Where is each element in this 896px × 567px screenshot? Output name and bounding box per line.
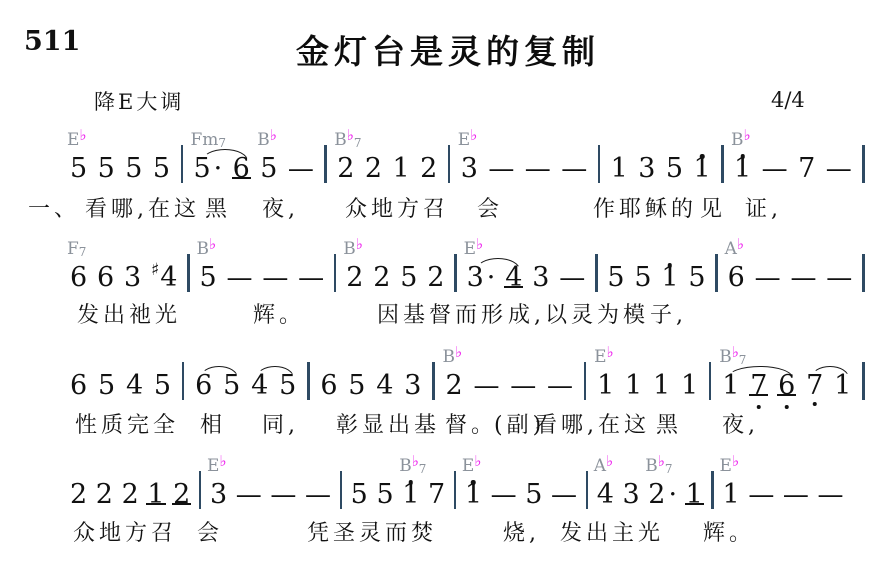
hold-dash: —	[559, 255, 585, 291]
note-token: 5	[154, 363, 171, 399]
note-glyphs: 1	[465, 481, 482, 508]
note-glyphs: 5	[351, 481, 368, 508]
chord-label: A♭	[725, 241, 744, 258]
lyric-segment: 看哪,在这	[85, 192, 200, 223]
note-token: 5	[125, 146, 142, 182]
flat-sign: ♭	[356, 235, 363, 253]
note-number: 1	[625, 372, 642, 399]
hold-dash: —	[305, 472, 331, 508]
chord-text: B	[257, 130, 270, 150]
note-number: 7	[798, 155, 815, 182]
hold-dash: —	[748, 472, 774, 508]
note-token: E♭1	[465, 472, 482, 508]
flat-sign: ♭	[732, 343, 739, 361]
note-token: 5	[351, 472, 368, 508]
note-number: 6	[728, 264, 745, 291]
barline	[711, 471, 714, 509]
flat-sign: ♭	[347, 126, 354, 144]
lyric-segment: 证,	[745, 192, 782, 223]
chord-text: E	[594, 347, 606, 367]
lyric-segment: 子,	[650, 298, 687, 329]
note-glyphs: 2	[122, 481, 139, 508]
note-token: 2	[173, 472, 190, 508]
lyric-segment: 辉。	[703, 516, 755, 547]
note-number: 2	[173, 481, 190, 508]
chord-label: B♭	[343, 241, 363, 258]
note-glyphs: 5	[666, 155, 683, 182]
note-glyphs: 3	[638, 155, 655, 182]
note-number: 7	[428, 481, 445, 508]
note-token: B♭72	[337, 146, 354, 182]
chord-text: B	[399, 456, 412, 476]
chord-label: B♭	[257, 132, 277, 149]
note-token: E♭1	[597, 363, 614, 399]
note-number: 5	[200, 264, 217, 291]
note-glyphs: 2	[346, 264, 363, 291]
hold-dash: —	[288, 146, 314, 182]
octave-dot-high	[471, 480, 476, 485]
lyric-segment: 夜,	[262, 192, 299, 223]
note-token: 6	[320, 363, 337, 399]
hold-dash: —	[547, 363, 573, 399]
barline	[182, 362, 185, 400]
note-number: 5	[98, 372, 115, 399]
note-token: 1	[147, 472, 164, 508]
note-token: B♭2	[445, 363, 462, 399]
lyric-segment: 烧,	[503, 516, 540, 547]
note-number: 4	[160, 264, 177, 291]
note-token: 5	[634, 255, 651, 291]
note-token: 6	[97, 255, 114, 291]
chord-label: B♭7	[645, 458, 672, 475]
note-token: 1	[686, 472, 703, 508]
note-glyphs: 2	[96, 481, 113, 508]
lyric-segment: 彰显出基	[336, 408, 440, 439]
chord-text: B	[645, 456, 658, 476]
note-number: 4	[126, 372, 143, 399]
lyric-segment: 督。	[445, 408, 497, 439]
note-glyphs: 6	[70, 372, 87, 399]
note-number: 5	[351, 481, 368, 508]
note-token: 7	[798, 146, 815, 182]
note-number: 1	[661, 264, 678, 291]
lyric-line: 众地方召会凭圣灵而焚烧,发出主光辉。	[0, 516, 896, 546]
note-token: 2	[373, 255, 390, 291]
note-token: 1	[661, 255, 678, 291]
score-area: E♭5555Fm75·6B♭5—B♭72212E♭3———1351B♭1—7—F…	[0, 0, 896, 567]
hold-dash: —	[298, 255, 324, 291]
note-glyphs: 5	[153, 155, 170, 182]
note-number: 2	[337, 155, 354, 182]
chord-text: Fm	[190, 130, 218, 150]
note-number: 2	[365, 155, 382, 182]
note-number: 5	[688, 264, 705, 291]
note-glyphs: 1	[402, 481, 419, 508]
chord-label: E♭	[458, 132, 478, 149]
octave-dot-high	[409, 480, 414, 485]
note-number: 6	[70, 264, 87, 291]
flat-sign: ♭	[474, 452, 481, 470]
note-glyphs: 2	[427, 264, 444, 291]
lyric-segment: 作耶稣的	[593, 192, 697, 223]
lyric-segment: 黑	[205, 192, 231, 223]
lyric-segment: 因基督而形	[377, 298, 507, 329]
note-number: 2	[346, 264, 363, 291]
barline	[307, 362, 310, 400]
music-line: E♭5555Fm75·6B♭5—B♭72212E♭3———1351B♭1—7—	[70, 124, 865, 182]
chord-label: E♭	[464, 241, 484, 258]
note-number: 2	[420, 155, 437, 182]
note-number: 5	[98, 155, 115, 182]
note-glyphs: 2	[337, 155, 354, 182]
chord-text: B	[334, 130, 347, 150]
hold-dash: —	[826, 146, 852, 182]
note-token: B♭72·	[648, 472, 677, 508]
flat-sign: ♭	[455, 343, 462, 361]
barline	[721, 145, 724, 183]
note-number: 3	[532, 264, 549, 291]
note-number: 1	[734, 155, 751, 182]
chord-label: E♭	[594, 349, 614, 366]
chord-text: F	[67, 239, 79, 259]
octave-dot-low	[812, 402, 817, 407]
note-glyphs: 2	[70, 481, 87, 508]
hold-dash: —	[262, 255, 288, 291]
chord-text: B	[731, 130, 744, 150]
hold-dash: —	[551, 472, 577, 508]
hold-dash: —	[488, 146, 514, 182]
note-glyphs: 5	[348, 372, 365, 399]
barline	[324, 145, 327, 183]
note-token: E♭5	[70, 146, 87, 182]
barline	[181, 145, 184, 183]
chord-label: E♭	[720, 458, 740, 475]
barline	[432, 362, 435, 400]
note-glyphs: ♯4	[151, 262, 177, 291]
note-glyphs: 5	[200, 264, 217, 291]
note-number: 1	[465, 481, 482, 508]
chord-label: F7	[67, 241, 86, 258]
note-glyphs: 1	[597, 372, 614, 399]
flat-sign: ♭	[79, 126, 86, 144]
hymn-sheet-page: 511 金灯台是灵的复制 降E大调 4/4 E♭5555Fm75·6B♭5—B♭…	[0, 0, 896, 567]
note-number: 1	[147, 481, 164, 508]
note-number: 1	[681, 372, 698, 399]
chord-label: B♭	[442, 349, 462, 366]
note-number: 3	[623, 481, 640, 508]
note-number: 2	[648, 481, 665, 508]
note-glyphs: 1	[611, 155, 628, 182]
note-glyphs: 7	[798, 155, 815, 182]
hold-dash: —	[790, 255, 816, 291]
note-glyphs: 5	[376, 481, 393, 508]
lyric-segment: 见	[700, 192, 726, 223]
note-token: 3	[623, 472, 640, 508]
note-glyphs: 5	[400, 264, 417, 291]
note-glyphs: 6	[320, 372, 337, 399]
lyric-segment: 看哪,在这	[535, 408, 650, 439]
note-glyphs: 1	[686, 481, 703, 508]
lyric-segment: 辉。	[253, 298, 305, 329]
note-number: 3	[638, 155, 655, 182]
note-number: 2	[373, 264, 390, 291]
barline	[199, 471, 202, 509]
chord-text: E	[720, 456, 732, 476]
flat-sign: ♭	[737, 235, 744, 253]
note-glyphs: 1	[734, 155, 751, 182]
note-glyphs: 1	[625, 372, 642, 399]
note-token: 3	[638, 146, 655, 182]
note-number: 5	[607, 264, 624, 291]
flat-sign: ♭	[470, 126, 477, 144]
note-token: 1	[625, 363, 642, 399]
chord-label: B♭7	[719, 349, 746, 366]
note-glyphs: 5	[525, 481, 542, 508]
note-token: 1	[393, 146, 410, 182]
note-number: 1	[693, 155, 710, 182]
lyric-segment: 同,	[262, 408, 299, 439]
chord-label: E♭	[462, 458, 482, 475]
note-glyphs: 5	[634, 264, 651, 291]
note-glyphs: 5	[125, 155, 142, 182]
note-token: 5	[98, 146, 115, 182]
barline	[454, 471, 457, 509]
note-token: 3	[532, 255, 549, 291]
note-token: 5	[607, 255, 624, 291]
note-glyphs: 6	[70, 264, 87, 291]
chord-label: A♭	[594, 458, 613, 475]
note-number: 5	[125, 155, 142, 182]
note-token: 2	[122, 472, 139, 508]
note-token: 1	[693, 146, 710, 182]
note-token: 5	[400, 255, 417, 291]
flat-sign: ♭	[209, 235, 216, 253]
chord-text: 7	[665, 462, 673, 476]
barline	[448, 145, 451, 183]
note-glyphs: 2	[173, 481, 190, 508]
chord-text: E	[462, 456, 474, 476]
hold-dash: —	[236, 472, 262, 508]
chord-text: 7	[79, 245, 87, 259]
barline	[584, 362, 587, 400]
note-number: 5	[348, 372, 365, 399]
note-token: F76	[70, 255, 87, 291]
chord-label: B♭	[197, 241, 217, 258]
note-number: 1	[393, 155, 410, 182]
note-number: 5	[376, 481, 393, 508]
note-glyphs: 3	[461, 155, 478, 182]
note-number: 5	[70, 155, 87, 182]
note-token: 1	[611, 146, 628, 182]
lyric-segment: 众地方召	[345, 192, 449, 223]
note-number: 5	[400, 264, 417, 291]
note-glyphs: 5	[607, 264, 624, 291]
flat-sign: ♭	[476, 235, 483, 253]
note-token: 6	[70, 363, 87, 399]
chord-label: B♭	[731, 132, 751, 149]
chord-text: E	[464, 239, 476, 259]
note-glyphs: 1	[693, 155, 710, 182]
hold-dash: —	[270, 472, 296, 508]
note-number: 1	[723, 481, 740, 508]
music-line: F7663♯4B♭5———B♭2252E♭3·43—5515A♭6———	[70, 233, 865, 291]
note-number: 6	[320, 372, 337, 399]
barline	[586, 471, 589, 509]
note-number: 4	[597, 481, 614, 508]
lyric-segment: 夜,	[722, 408, 759, 439]
note-glyphs: 5	[98, 372, 115, 399]
lyric-segment: 相	[200, 408, 226, 439]
note-token: 5	[98, 363, 115, 399]
note-number: 2	[427, 264, 444, 291]
note-number: 5	[260, 155, 277, 182]
lyric-line: 发出祂光辉。因基督而形成,以灵为模子,	[0, 298, 896, 328]
chord-text: E	[67, 130, 79, 150]
note-number: 3	[404, 372, 421, 399]
note-number: 5	[154, 372, 171, 399]
lyric-segment: 以灵为模	[545, 298, 649, 329]
note-token: E♭3	[461, 146, 478, 182]
barline	[598, 145, 601, 183]
note-glyphs: 5	[70, 155, 87, 182]
note-token: 1	[681, 363, 698, 399]
chord-text: 7	[218, 136, 226, 150]
flat-sign: ♭	[606, 452, 613, 470]
note-number: 5	[666, 155, 683, 182]
note-token: 2	[427, 255, 444, 291]
note-token: E♭3	[210, 472, 227, 508]
note-token: 7	[428, 472, 445, 508]
note-glyphs: 1	[653, 372, 670, 399]
chord-text: B	[343, 239, 356, 259]
note-glyphs: 2	[445, 372, 462, 399]
chord-label: B♭7	[399, 458, 426, 475]
note-token: 3	[124, 255, 141, 291]
chord-text: 7	[354, 136, 362, 150]
note-token: 2	[96, 472, 113, 508]
note-glyphs: 2	[420, 155, 437, 182]
flat-sign: ♭	[744, 126, 751, 144]
barline	[334, 254, 337, 292]
flat-sign: ♭	[412, 452, 419, 470]
note-glyphs: 3	[532, 264, 549, 291]
note-glyphs: 1	[393, 155, 410, 182]
barline	[454, 254, 457, 292]
note-glyphs: 3	[623, 481, 640, 508]
note-glyphs: 1	[661, 264, 678, 291]
note-token: 5	[688, 255, 705, 291]
flat-sign: ♭	[732, 452, 739, 470]
note-token: 5	[376, 472, 393, 508]
note-token: ♯4	[151, 255, 177, 291]
note-glyphs: 5	[688, 264, 705, 291]
note-number: 2	[70, 481, 87, 508]
note-number: 1	[611, 155, 628, 182]
hold-dash: —	[755, 255, 781, 291]
note-number: 1	[402, 481, 419, 508]
note-glyphs: 1	[681, 372, 698, 399]
lyric-segment: 黑	[656, 408, 682, 439]
hold-dash: —	[510, 363, 536, 399]
lyric-line: 性质完全相同,彰显出基督。(副)看哪,在这黑夜,	[0, 408, 896, 438]
note-number: 6	[70, 372, 87, 399]
hold-dash: —	[826, 255, 852, 291]
barline	[340, 471, 343, 509]
note-token: 5	[348, 363, 365, 399]
note-token: 3	[404, 363, 421, 399]
note-number: 5	[525, 481, 542, 508]
chord-label: B♭7	[334, 132, 361, 149]
chord-text: E	[207, 456, 219, 476]
note-number: 3	[124, 264, 141, 291]
note-glyphs: 3	[124, 264, 141, 291]
barline	[715, 254, 718, 292]
lyric-segment: 众地方召	[73, 516, 177, 547]
note-token: 2	[365, 146, 382, 182]
octave-dot-high	[668, 263, 673, 268]
note-token: A♭6	[728, 255, 745, 291]
note-glyphs: 5	[260, 155, 277, 182]
chord-text: A	[725, 239, 737, 259]
note-number: 4	[376, 372, 393, 399]
note-token: 5	[666, 146, 683, 182]
octave-dot-high	[700, 154, 705, 159]
note-token: 2	[70, 472, 87, 508]
note-glyphs: 7	[428, 481, 445, 508]
note-number: 2	[96, 481, 113, 508]
lyric-segment: 发出祂光	[77, 298, 181, 329]
barline	[709, 362, 712, 400]
lyric-segment: 凭圣灵而焚	[307, 516, 437, 547]
hold-dash: —	[762, 146, 788, 182]
note-token: B♭1	[734, 146, 751, 182]
lyric-segment: 会	[197, 516, 223, 547]
barline	[595, 254, 598, 292]
barline	[862, 254, 865, 292]
music-line: 654565456543B♭2———E♭1111B♭717671	[70, 341, 865, 399]
note-token: 5	[525, 472, 542, 508]
lyric-segment: 会	[477, 192, 503, 223]
note-glyphs: 6	[728, 264, 745, 291]
note-glyphs: 4	[126, 372, 143, 399]
barline	[187, 254, 190, 292]
note-number: 3	[461, 155, 478, 182]
augmentation-dot: ·	[668, 481, 677, 508]
note-token: A♭4	[597, 472, 614, 508]
chord-text: B	[197, 239, 210, 259]
note-glyphs: 2·	[648, 481, 677, 508]
note-token: 5	[153, 146, 170, 182]
lyric-segment: 一、	[28, 192, 80, 223]
music-line: 22212E♭3———55B♭717E♭1—5—A♭43B♭72·1E♭1———	[70, 450, 865, 508]
flat-sign: ♭	[219, 452, 226, 470]
note-token: E♭1	[723, 472, 740, 508]
note-glyphs: 2	[365, 155, 382, 182]
note-number: 1	[686, 481, 703, 508]
hold-dash: —	[491, 472, 517, 508]
chord-text: E	[458, 130, 470, 150]
note-token: 1	[653, 363, 670, 399]
hold-dash: —	[525, 146, 551, 182]
flat-sign: ♭	[270, 126, 277, 144]
note-glyphs: 3	[210, 481, 227, 508]
sharp-sign: ♯	[151, 262, 159, 279]
note-number: 5	[153, 155, 170, 182]
lyric-segment: 性质完全	[75, 408, 179, 439]
note-number: 1	[653, 372, 670, 399]
note-glyphs: 5	[98, 155, 115, 182]
note-number: 2	[122, 481, 139, 508]
